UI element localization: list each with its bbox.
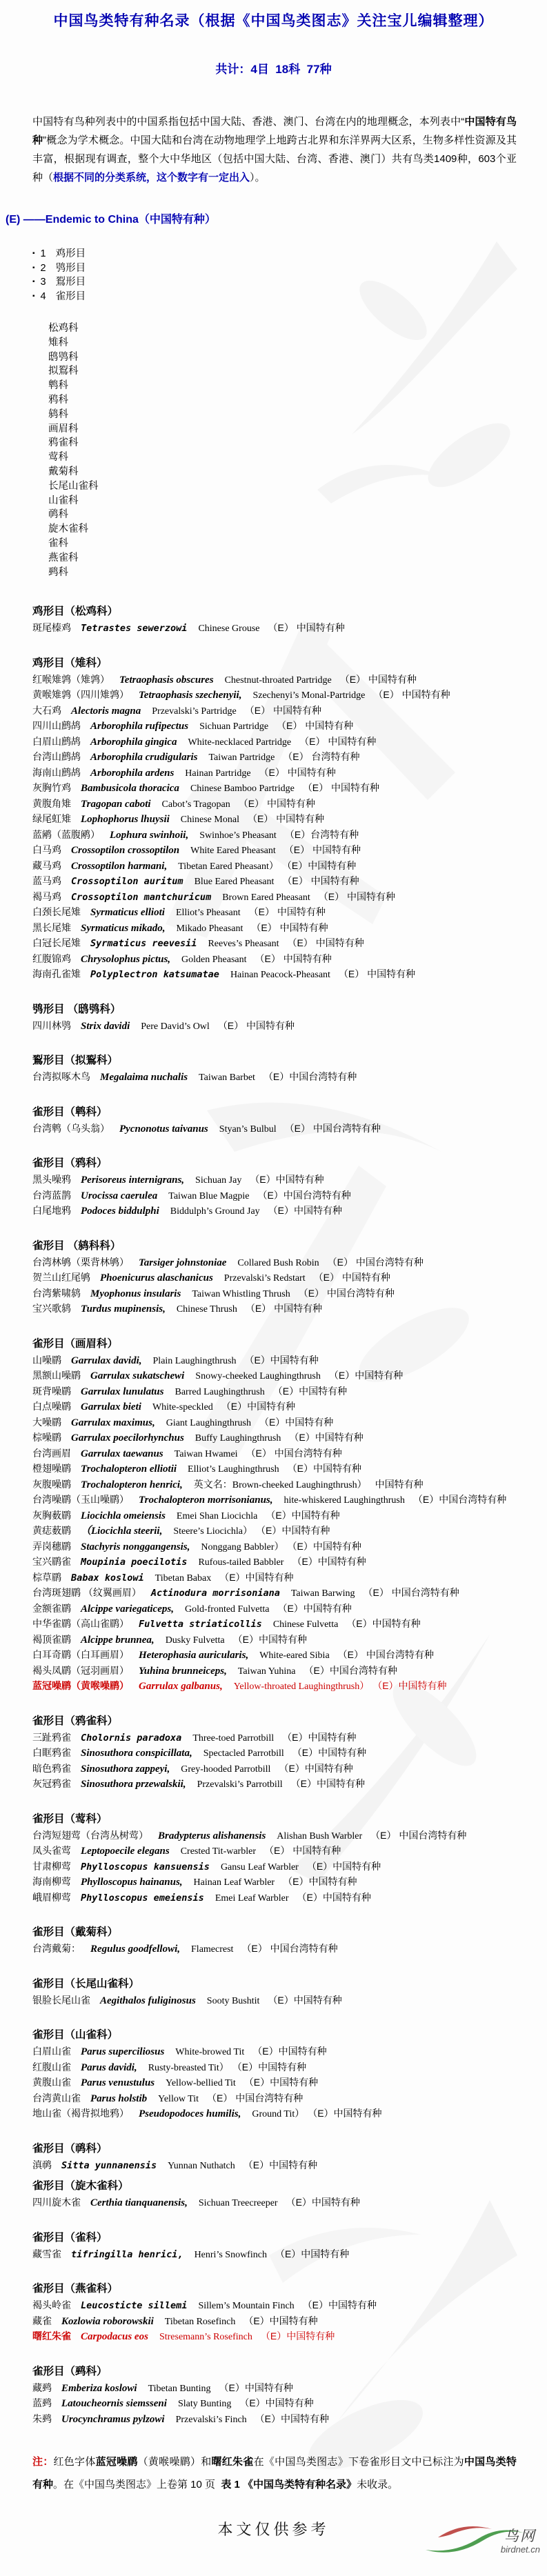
text-segment: （黄喉噪鹛）和 [138,2456,212,2468]
order-list-item: ▪3鴷形目 [32,275,547,290]
endemic-label: （E） 中国特有种 [251,922,328,933]
section-heading: 雀形目（莺科） [32,1812,526,1827]
species-section: 鸡形目（雉科）红喉雉鹑（雉鹑）Tetraophasis obscuresChes… [32,656,526,983]
species-row: 白冠长尾雉Syrmaticus reevesiiReeves’s Pheasan… [32,936,526,952]
species-name-cn: 棕草鹛 [32,1572,61,1583]
species-name-scientific: Leucosticte sillemi [81,2300,187,2311]
species-name-en: Mikado Pheasant [177,923,243,934]
species-name-cn: 曙红朱雀 [32,2330,71,2342]
order-label: 雀形目 [56,291,86,302]
species-name-en: Cabot’s Tragopan [162,799,230,810]
endemic-label: （E） 中国特有种 [314,1272,390,1283]
endemic-label: （E）中国特有种 [255,2413,329,2424]
species-name-en: Sooty Bushtit [207,1996,260,2006]
species-name-en: Hainan Partridge [185,768,250,779]
species-section: 鸮形目 （鸱鸮科）四川林鸮Strix davidiPere David’s Ow… [32,1002,526,1035]
species-name-scientific: Phylloscopus kansuensis [81,1861,210,1873]
note-paragraph: 注：红色字体蓝冠噪鹛（黄喉噪鹛）和曙红朱雀在《中国鸟类图志》下卷雀形目文中已标注… [32,2450,517,2496]
species-name-en: Plain Laughingthrush [153,1356,237,1366]
species-name-cn: 台湾山鹧鸪 [32,751,81,762]
species-name-scientific: Tetraophasis obscures [119,675,214,686]
species-name-cn: 灰胸竹鸡 [32,782,71,793]
species-name-scientific: Sitta yunnanensis [61,2160,157,2171]
family-list-item: 䴓科 [48,508,547,522]
family-list-item: 戴菊科 [48,465,547,479]
species-name-scientific: Urocissa caerulea [81,1190,157,1201]
endemic-heading: (E) ——Endemic to China（中国特有种） [6,210,547,226]
endemic-label: （E） 中国特有种 [245,705,321,716]
species-name-en: Crested Tit-warbler [181,1846,256,1857]
species-row: 弄岗穗鹛Stachyris nonggangensis,Nonggang Bab… [32,1539,526,1555]
species-name-cn: 蓝鹀 [32,2397,52,2408]
species-name-en: Taiwan Partridge [208,752,275,763]
section-heading: 雀形目（雀科） [32,2230,526,2246]
species-name-scientific: Syrmaticus ellioti [90,907,165,918]
species-name-cn: 褐头凤鹛（冠羽画眉） [32,1665,129,1676]
species-section: 雀形目（旋木雀科）四川旋木雀Certhia tianquanensis,Sich… [32,2179,526,2211]
species-row: 台湾戴菊：Regulus goodfellowi,Flamecrest（E） 中… [32,1941,526,1957]
family-list-item: 鸱鸮科 [48,350,547,365]
text-segment: 红色字体 [54,2456,96,2468]
species-name-scientific: Arborophila gingica [90,737,177,748]
totals-line: 共计：4目 18科 77种 [0,59,547,77]
species-name-scientific: Alcippe variegaticeps, [81,1604,174,1615]
endemic-label: （E）中国特有种 [261,1525,330,1536]
endemic-label: （E）中国特有种 [219,1572,293,1583]
endemic-label: （E） 中国特有种 [268,622,344,633]
species-section: 雀形目（戴菊科）台湾戴菊：Regulus goodfellowi,Flamecr… [32,1925,526,1957]
species-row: 海南孔雀雉Polyplectron katsumataeHainan Peaco… [32,967,526,983]
endemic-label: （E） 中国特有种 [255,953,332,964]
species-name-en: Biddulph’s Ground Jay [170,1206,260,1217]
species-name-scientific: Tetraophasis szechenyii, [139,690,241,701]
species-name-en: White-browed Tit [175,2047,244,2057]
species-name-en: Reeves’s Pheasant [208,939,279,949]
section-heading: 雀形目（鹀科） [32,2364,526,2379]
species-name-cn: 黄喉雉鹑（四川雉鹑） [32,689,129,700]
species-section: 雀形目（鹀科）藏鹀Emberiza koslowiTibetan Bunting… [32,2364,526,2428]
species-row: 台湾紫啸鸫Myophonus insularisTaiwan Whistling… [32,1286,526,1302]
species-name-cn: 褐马鸡 [32,891,61,902]
endemic-label: （E）中国特有种 [303,2299,377,2310]
species-name-scientific: Garrulax taewanus [81,1448,163,1459]
species-row: 海南柳莺Phylloscopus hainanus,Hainan Leaf Wa… [32,1875,526,1890]
species-row: 白眶鸦雀Sinosuthora conspicillata,Spectacled… [32,1746,526,1761]
birdnet-logo[interactable]: 鸟网 birdnet.cn [423,2519,540,2565]
endemic-label: （E）台湾特有种 [285,829,359,840]
species-name-scientific: Kozlowia roborowskii [61,2316,154,2327]
species-row: 四川山鹧鸪Arborophila rufipectusSichuan Partr… [32,719,526,735]
endemic-label: （E）中国特有种 [277,1603,351,1614]
species-name-cn: 藏马鸡 [32,860,61,871]
species-name-cn: 绿尾虹雉 [32,813,71,824]
endemic-label: （E）中国特有种 [282,1732,356,1743]
species-row: 红腹山雀Parus davidi,Rusty-breasted Tit）（E）中… [32,2060,526,2076]
species-name-cn: 台湾林鸲（栗背林鸲） [32,1257,129,1268]
species-name-scientific: Syrmaticus reevesii [90,938,197,949]
bullet-icon: ▪ [32,264,35,272]
species-name-en: Gansu Leaf Warbler [221,1862,299,1873]
species-row: 台湾短翅莺（台湾丛树莺）Bradypterus alishanensisAlis… [32,1828,526,1844]
species-name-cn: 甘肃柳莺 [32,1861,71,1872]
species-name-scientific: Alectoris magna [71,706,141,717]
species-name-scientific: Crossoptilon harmani, [71,861,167,872]
endemic-label: （E） 中国台湾特有种 [338,1649,434,1660]
species-name-en: Sichuan Jay [195,1175,241,1186]
endemic-label: （E） 中国台湾特有种 [364,1587,459,1598]
section-heading: 雀形目（鹎科） [32,1105,526,1120]
species-row: 台湾画眉Garrulax taewanusTaiwan Hwamei（E） 中国… [32,1446,526,1462]
family-list-item: 鸦雀科 [48,436,547,450]
endemic-label: （E）中国特有种 [221,1401,295,1412]
species-row: 黑头噪鸦Perisoreus internigrans,Sichuan Jay（… [32,1172,526,1188]
species-row: 黑额山噪鹛Garrulax sukatschewiSnowy-cheeked L… [32,1368,526,1384]
species-section: 鴷形目（拟鴷科）台湾拟啄木鸟Megalaima nuchalisTaiwan B… [32,1053,526,1086]
species-section: 雀形目（山雀科）白眉山雀Parus superciliosusWhite-bro… [32,2028,526,2122]
species-name-scientific: Crossoptilon crossoptilon [71,845,179,856]
species-name-en: Tibetan Babax [155,1573,212,1584]
species-name-en: Grey-hooded Parrotbill [181,1764,270,1775]
intro-paragraph: 中国特有鸟种列表中的中国系指包括中国大陆、香港、澳门、台湾在内的地理概念，本列表… [32,112,517,187]
endemic-label: （E）中国特有种 [266,1510,339,1521]
species-name-cn: 白颈长尾雉 [32,906,81,917]
order-number: 3 [41,277,46,288]
species-section: 雀形目（鸦科）黑头噪鸦Perisoreus internigrans,Sichu… [32,1156,526,1219]
species-name-cn: 台湾画眉 [32,1448,71,1459]
species-name-en: Hainan Peacock-Pheasant [230,970,330,980]
species-name-scientific: Arborophila ardens [90,768,174,779]
species-name-cn: 山噪鹛 [32,1355,61,1366]
species-name-cn: 海南山鹧鸪 [32,767,81,778]
species-name-en: hite-whiskered Laughingthrush [284,1495,405,1506]
species-name-en: Taiwan Blue Magpie [168,1191,249,1201]
species-row: 藏鹀Emberiza koslowiTibetan Bunting（E）中国特有… [32,2381,526,2397]
species-name-scientific: Strix davidi [81,1021,130,1032]
endemic-label: （E） 中国台湾特有种 [207,2093,303,2104]
species-name-cn: 黄腹山雀 [32,2077,71,2088]
species-row: 白眉山鹧鸪Arborophila gingicaWhite-necklaced … [32,735,526,750]
species-name-cn: 白点噪鹛 [32,1401,71,1412]
family-list-item: 鹎科 [48,379,547,393]
species-row: 白耳奇鹛（白耳画眉）Heterophasia auricularis,White… [32,1648,526,1664]
section-heading: 鸡形目（雉科） [32,656,526,671]
endemic-label: （E）中国特有种 [268,1995,341,2006]
endemic-label: （E）中国台湾特有种 [304,1665,397,1676]
species-row: 黑长尾雉Syrmaticus mikado,Mikado Pheasant（E）… [32,921,526,937]
species-row: 藏雀Kozlowia roborowskiiTibetan Rosefinch（… [32,2314,526,2330]
species-name-en: Przevalski’s Parrotbill [197,1779,283,1790]
species-name-en: Gold-fronted Fulvetta [185,1604,269,1615]
endemic-label: （E） 中国特有种 [284,844,361,855]
species-name-cn: 白耳奇鹛（白耳画眉） [32,1649,129,1660]
species-row: 海南山鹧鸪Arborophila ardensHainan Partridge（… [32,766,526,781]
family-list-item: 雀科 [48,537,547,551]
species-name-cn: 朱鹀 [32,2413,52,2424]
species-name-en: White Eared Pheasant [190,846,276,856]
endemic-label: （E） 中国台湾特有种 [299,1288,395,1299]
species-name-cn: 褐顶雀鹛 [32,1634,71,1645]
species-name-cn: 宝兴歌鸫 [32,1303,71,1314]
species-name-en: Szechenyi’s Monal-Partridge [252,690,365,701]
species-row: 灰胸竹鸡Bambusicola thoracicaChinese Bamboo … [32,781,526,797]
endemic-label: （E） 中国台湾特有种 [370,1830,466,1841]
species-section: 雀形目（雀科）藏雪雀tifringilla henrici,Henri’s Sn… [32,2230,526,2263]
species-row: 大噪鹛Garrulax maximus,Giant Laughingthrush… [32,1415,526,1431]
species-name-en: Tibetan Rosefinch [165,2317,236,2327]
species-name-scientific: Garrulax bieti [81,1401,141,1412]
species-row: 褐马鸡Crossoptilon mantchuricumBrown Eared … [32,890,526,906]
species-name-scientific: （Liocichla steerii, [81,1526,162,1537]
species-row: 黄痣薮鹛（Liocichla steerii,Steere’s Liocichl… [32,1524,526,1539]
section-heading: 雀形目（画眉科） [32,1337,526,1352]
species-name-cn: 白冠长尾雉 [32,937,81,948]
species-name-scientific: Trochalopteron henrici, [81,1479,183,1490]
family-list-item: 画眉科 [48,422,547,437]
species-name-cn: 白眶鸦雀 [32,1747,71,1758]
family-list-item: 山雀科 [48,494,547,508]
species-name-cn: 黄腹角雉 [32,798,71,809]
family-list-item: 松鸡科 [48,321,547,336]
text-segment: 表 1 《中国鸟类特有种名录》 [221,2479,357,2490]
species-name-en: Przevalski’s Redstart [224,1273,306,1284]
species-name-cn: 斑尾榛鸡 [32,622,71,633]
species-name-cn: 红腹山雀 [32,2061,71,2073]
species-name-scientific: Trochalopteron elliotii [81,1464,177,1475]
endemic-label: （E） 中国特有种 [277,720,353,731]
species-name-scientific: tifringilla henrici, [71,2249,183,2260]
species-name-en: Buffy Laughingthrush [195,1433,281,1444]
endemic-label: （E）中国特有种 [292,1541,361,1552]
endemic-label: （E） 中国特有种 [373,689,450,700]
species-name-cn: 灰胸薮鹛 [32,1510,71,1521]
species-section: 雀形目（䴓科）滇䴓Sitta yunnanensisYunnan Nuthatc… [32,2141,526,2174]
species-name-cn: 台湾紫啸鸫 [32,1288,81,1299]
endemic-label: （E） 中国特有种 [264,1845,341,1856]
endemic-label: （E） 中国台湾特有种 [328,1257,424,1268]
species-section: 雀形目（画眉科）山噪鹛Garrulax davidi,Plain Laughin… [32,1337,526,1695]
species-name-cn: 红腹锦鸡 [32,953,71,964]
endemic-label: （E）中国台湾特有种 [263,1071,357,1082]
species-row: 四川林鸮Strix davidiPere David’s Owl（E） 中国特有… [32,1019,526,1035]
species-name-cn: 滇䴓 [32,2159,52,2170]
species-name-scientific: Pycnonotus taivanus [119,1124,208,1135]
species-row: 曙红朱雀Carpodacus eosStresemann’s Rosefinch… [32,2329,526,2345]
endemic-label: （E） 中国特有种 [246,1303,322,1314]
species-row: 蓝鹀Latoucheornis siemsseniSlaty Bunting（E… [32,2396,526,2412]
species-name-cn: 凤头雀莺 [32,1845,71,1856]
species-section: 雀形目（鸦雀科）三趾鸦雀Cholornis paradoxaThree-toed… [32,1714,526,1793]
species-row: 黄喉雉鹑（四川雉鹑）Tetraophasis szechenyii,Szeche… [32,688,526,703]
endemic-label: （E）中国特有种 [244,2077,318,2088]
species-sections: 鸡形目（松鸡科）斑尾榛鸡Tetrastes sewerzowiChinese G… [32,604,526,2427]
species-name-scientific: Chrysolophus pictus, [81,954,170,965]
species-name-en: Przevalski’s Partridge [152,706,236,717]
species-name-en: Giant Laughingthrush [166,1418,251,1428]
species-name-en: White-speckled [152,1402,213,1412]
endemic-label: （E）中国特有种 [261,2330,335,2342]
species-name-cn: 大噪鹛 [32,1417,61,1428]
section-heading: 雀形目 （鸫科科） [32,1239,526,1254]
section-heading: 雀形目（长尾山雀科） [32,1977,526,1992]
endemic-label: （E）中国特有种 [250,1174,324,1185]
endemic-label: （E）中国特有种 [292,1556,366,1567]
species-row: 黄腹角雉Tragopan cabotiCabot’s Tragopan（E） 中… [32,797,526,812]
species-name-cn: 地山雀（褐背拟地鸦） [32,2108,129,2119]
text-segment: 在《中国鸟类图志》下卷雀形目文中已标注为 [254,2456,464,2468]
endemic-label: （E）中国特有种 [239,2397,313,2408]
species-name-cn: 斑背噪鹛 [32,1386,71,1397]
species-name-en: Yunnan Nuthatch [168,2161,235,2171]
species-name-scientific: Babax koslowi [71,1572,144,1584]
species-row: 宝兴鹛雀Moupinia poecilotisRufous-tailed Bab… [32,1555,526,1570]
species-name-scientific: Certhia tianquanensis, [90,2197,188,2208]
species-name-cn: 蓝冠噪鹛（黄喉噪鹛） [32,1680,129,1691]
endemic-label: （E）中国特有种 [259,1417,333,1428]
endemic-label: （E）中国台湾特有种 [257,1190,350,1201]
species-row: 朱鹀Urocynchramus pylzowiPrzevalski’s Finc… [32,2412,526,2428]
species-name-cn: 白尾地鸦 [32,1205,71,1216]
species-section: 雀形目 （鸫科科）台湾林鸲（栗背林鸲）Tarsiger johnstoniaeC… [32,1239,526,1317]
species-name-en: Henri’s Snowfinch [195,2250,267,2260]
species-row: 贺兰山红尾鸲Phoenicurus alaschanicusPrzevalski… [32,1270,526,1286]
species-row: 红腹锦鸡Chrysolophus pictus,Golden Pheasant（… [32,952,526,968]
species-name-cn: 黑头噪鸦 [32,1174,71,1185]
family-list-item: 旋木雀科 [48,522,547,537]
species-name-scientific: Actinodura morrisoniana [151,1588,280,1599]
species-name-scientific: Garrulax poecilorhynchus [71,1432,184,1444]
species-row: 红喉雉鹑（雉鹑）Tetraophasis obscuresChestnut-th… [32,672,526,688]
species-name-cn: 台湾黄山雀 [32,2093,81,2104]
species-name-scientific: Trochalopteron morrisonianus, [139,1495,273,1506]
species-row: 凤头雀莺Leptopoecile elegansCrested Tit-warb… [32,1844,526,1859]
species-name-en: Dusky Fulvetta [166,1635,225,1646]
species-name-scientific: Turdus mupinensis, [81,1304,166,1315]
species-name-cn: 台湾短翅莺（台湾丛树莺） [32,1830,148,1841]
species-name-scientific: Bambusicola thoracica [81,783,179,794]
species-name-cn: 橙翅噪鹛 [32,1463,71,1474]
species-name-cn: 灰腹噪鹛 [32,1479,71,1490]
species-name-scientific: Sinosuthora przewalskii, [81,1779,186,1790]
endemic-label: （E）中国特有种 [291,1778,365,1789]
species-row: 四川旋木雀Certhia tianquanensis,Sichuan Treec… [32,2195,526,2211]
species-row: 灰胸薮鹛Liocichla omeiensisEmei Shan Liocich… [32,1508,526,1524]
species-name-en: Tibetan Bunting [148,2384,211,2394]
endemic-label: （E） 中国特有种 [249,906,326,917]
endemic-label: （E）中国特有种 [329,1370,403,1381]
species-row: 大石鸡Alectoris magnaPrzevalski’s Partridge… [32,703,526,719]
species-name-scientific: Liocichla omeiensis [81,1510,166,1521]
species-name-en: Sichuan Treecreeper [199,2198,278,2208]
section-heading: 鸮形目 （鸱鸮科） [32,1002,526,1017]
species-name-en: Tibetan Eared Pheasant） [178,861,279,872]
species-name-en: Alishan Bush Warbler [277,1831,362,1841]
species-name-scientific: Garrulax davidi, [71,1355,142,1366]
species-name-en: Chinese Bamboo Partridge [190,783,295,794]
species-row: 台湾噪鹛（玉山噪鹛）Trochalopteron morrisonianus,h… [32,1492,526,1508]
family-list-item: 莺科 [48,450,547,465]
species-name-cn: 红喉雉鹑（雉鹑） [32,674,110,685]
species-row: 藏马鸡Crossoptilon harmani,Tibetan Eared Ph… [32,859,526,875]
species-row: 蓝鹇（蓝腹鹇）Lophura swinhoii,Swinhoe’s Pheasa… [32,828,526,843]
species-row: 蓝冠噪鹛（黄喉噪鹛）Garrulax galbanus,Yellow-throa… [32,1679,526,1695]
species-row: 滇䴓Sitta yunnanensisYunnan Nuthatch（E）中国特… [32,2158,526,2174]
species-name-cn: 宝兴鹛雀 [32,1556,71,1567]
species-name-cn: 四川山鹧鸪 [32,720,81,731]
endemic-label: （E）中国特有种 [286,2197,360,2208]
species-name-cn: 三趾鸦雀 [32,1732,71,1743]
species-name-cn: 藏鹀 [32,2382,52,2393]
species-row: 银脸长尾山雀Aegithalos fuliginosusSooty Bushti… [32,1993,526,2009]
species-name-scientific: Pseudopodoces humilis, [139,2108,241,2119]
species-section: 雀形目（燕雀科）褐头岭雀Leucosticte sillemiSillem’s … [32,2282,526,2345]
endemic-label: （E） 中国特有种 [339,968,415,979]
family-list-item: 拟鴷科 [48,364,547,379]
species-name-en: Przevalski’s Finch [176,2415,247,2425]
species-name-en: Steere’s Liocichla） [173,1526,252,1537]
species-row: 绿尾虹雉Lophophorus lhuysiiChinese Monal（E） … [32,812,526,828]
species-name-en: Chinese Monal [181,815,239,825]
species-row: 台湾林鸲（栗背林鸲）Tarsiger johnstoniaeCollared B… [32,1255,526,1271]
species-name-en: Collared Bush Robin [237,1258,319,1268]
species-row: 台湾山鹧鸪Arborophila crudigularisTaiwan Part… [32,750,526,766]
species-name-en: White-necklaced Partridge [188,737,291,748]
species-name-en: Three-toed Parrotbill [192,1733,274,1744]
endemic-label: （E）中国特有种 [243,2315,317,2326]
species-name-en: White-eared Sibia [259,1650,329,1661]
species-row: 白马鸡Crossoptilon crossoptilonWhite Eared … [32,843,526,859]
order-number: 1 [41,248,46,259]
species-name-scientific: Regulus goodfellowi, [90,1944,180,1955]
endemic-label: （E） 中国特有种 [319,891,395,902]
order-number: 4 [41,291,46,302]
species-name-en: Emei Leaf Warbler [215,1893,289,1904]
species-name-cn: 藏雀 [32,2315,52,2326]
order-label: 鴷形目 [56,277,86,288]
species-name-scientific: Leptopoecile elegans [81,1846,170,1857]
text-segment: 根据不同的分类系统，这个数字有一定出入 [53,172,250,183]
endemic-label: （E）中国特有种 [243,2159,317,2170]
species-name-en: Pere David’s Owl [141,1021,210,1032]
endemic-label: （E）中国台湾特有种 [413,1494,506,1505]
species-name-en: Stresemann’s Rosefinch [159,2332,252,2342]
species-name-scientific: Garrulax galbanus, [139,1681,223,1692]
order-label: 鸡形目 [56,248,86,259]
species-name-en: Blue Eared Pheasant [195,877,275,887]
species-name-scientific: Lophura swinhoii, [110,830,188,841]
species-name-cn: 中华雀鹛（高山雀鹛） [32,1618,129,1629]
species-name-scientific: Arborophila rufipectus [90,721,188,732]
endemic-label: （E） 中国特有种 [340,674,417,685]
endemic-label: （E）中国特有种 [275,2248,349,2259]
endemic-label: （E） 中国特有种 [282,875,359,886]
bullet-icon: ▪ [32,292,35,300]
species-name-cn: 灰冠鸦雀 [32,1778,71,1789]
family-list-item: 鹀科 [48,566,547,580]
section-heading: 雀形目（䴓科） [32,2141,526,2157]
endemic-label: （E）中国特有种 [219,2382,293,2393]
species-name-cn: 贺兰山红尾鸲 [32,1272,90,1283]
species-name-scientific: Cholornis paradoxa [81,1733,181,1744]
text-segment: 注： [32,2456,54,2468]
species-name-scientific: Crossoptilon mantchuricum [71,892,211,903]
species-name-en: Taiwan Yuhina [238,1666,296,1677]
species-name-scientific: Parus davidi, [81,2062,137,2073]
species-name-en: Taiwan Barbet [199,1072,255,1083]
species-row: 褐头凤鹛（冠羽画眉）Yuhina brunneiceps,Taiwan Yuhi… [32,1664,526,1679]
endemic-label: （E）中国特有种 [252,2046,326,2057]
endemic-label: （E）中国特有种 [307,1861,381,1872]
section-heading: 雀形目（鸦科） [32,1156,526,1171]
